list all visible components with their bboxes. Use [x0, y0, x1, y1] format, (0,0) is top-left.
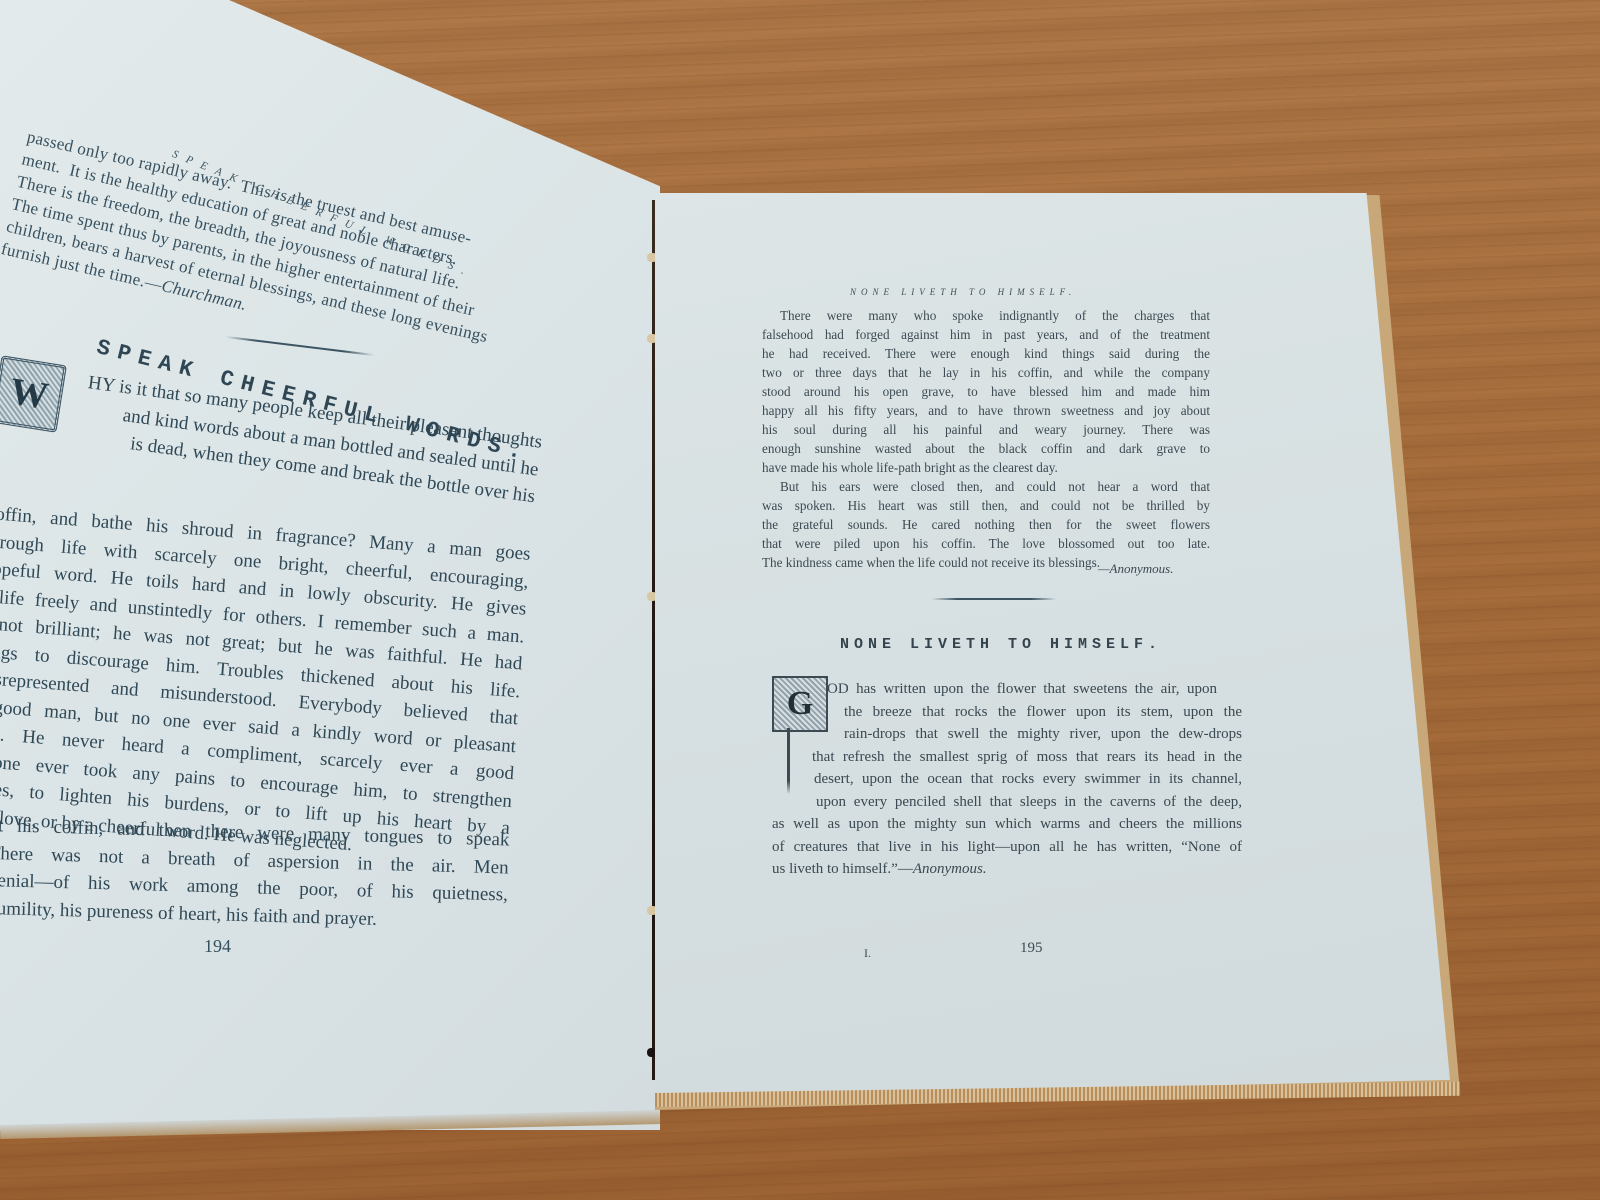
text-line: his soul during all his painful and wear… — [762, 420, 1210, 439]
drop-cap-letter: W — [7, 369, 51, 418]
text-line: stood around his open grave, to have ble… — [762, 382, 1210, 401]
attribution-anonymous: Anonymous. — [913, 861, 987, 877]
text-line: But his ears were closed then, and could… — [762, 477, 1210, 496]
text-line: of creatures that live in his light—upon… — [772, 836, 1242, 859]
article-body-upper: HY is it that so many people keep all th… — [47, 365, 613, 520]
text-line: as well as upon the mighty sun which war… — [772, 813, 1242, 836]
text-line: he had received. There were enough kind … — [762, 344, 1210, 363]
text-line: the breeze that rocks the flower upon it… — [772, 701, 1242, 724]
page-number-left: 194 — [204, 936, 231, 957]
ornamental-divider-icon — [932, 598, 1056, 600]
article-title-right: NONE LIVETH TO HIMSELF. — [840, 636, 1162, 653]
text-line: was spoken. His heart was still then, an… — [762, 496, 1210, 515]
article-body-right: OD has written upon the flower that swee… — [772, 678, 1242, 881]
text-line: us liveth to himself.”—Anonymous. — [772, 858, 1242, 881]
text-line: that refresh the smallest sprig of moss … — [772, 746, 1242, 769]
text-line: the grateful sounds. He cared nothing th… — [762, 515, 1210, 534]
text-line: rain-drops that swell the mighty river, … — [772, 723, 1242, 746]
text-line: have made his whole life-path bright as … — [762, 458, 1210, 477]
text-line: two or three days that he lay in his cof… — [762, 363, 1210, 382]
text-line: upon every penciled shell that sleeps in… — [772, 791, 1242, 814]
text-line: that were piled upon his coffin. The lov… — [762, 534, 1210, 553]
attribution-anonymous: —Anonymous. — [1098, 561, 1173, 577]
continued-article-text: There were many who spoke indignantly of… — [762, 306, 1210, 572]
page-number-right: 195 — [1020, 940, 1043, 957]
text-line: falsehood had forged against him in past… — [762, 325, 1210, 344]
signature-mark: I. — [864, 946, 871, 961]
text-line: happy all his fifty years, and to have t… — [762, 401, 1210, 420]
closing-paragraph-previous-article: passed only too rapidly away. This is th… — [0, 125, 576, 385]
text-line: enough sunshine wasted about the black c… — [762, 439, 1210, 458]
text-line: There were many who spoke indignantly of… — [762, 306, 1210, 325]
running-head-right: NONE LIVETH TO HIMSELF. — [850, 287, 1076, 297]
article-body-lower: at his coffin, and then there were many … — [0, 812, 550, 938]
text-line: desert, upon the ocean that rocks every … — [772, 768, 1242, 791]
text-fragment: us liveth to himself.”— — [772, 861, 913, 877]
left-page-content: SPEAK CHEERFUL WORDS. passed only too ra… — [0, 0, 580, 960]
text-line: OD has written upon the flower that swee… — [772, 678, 1217, 701]
